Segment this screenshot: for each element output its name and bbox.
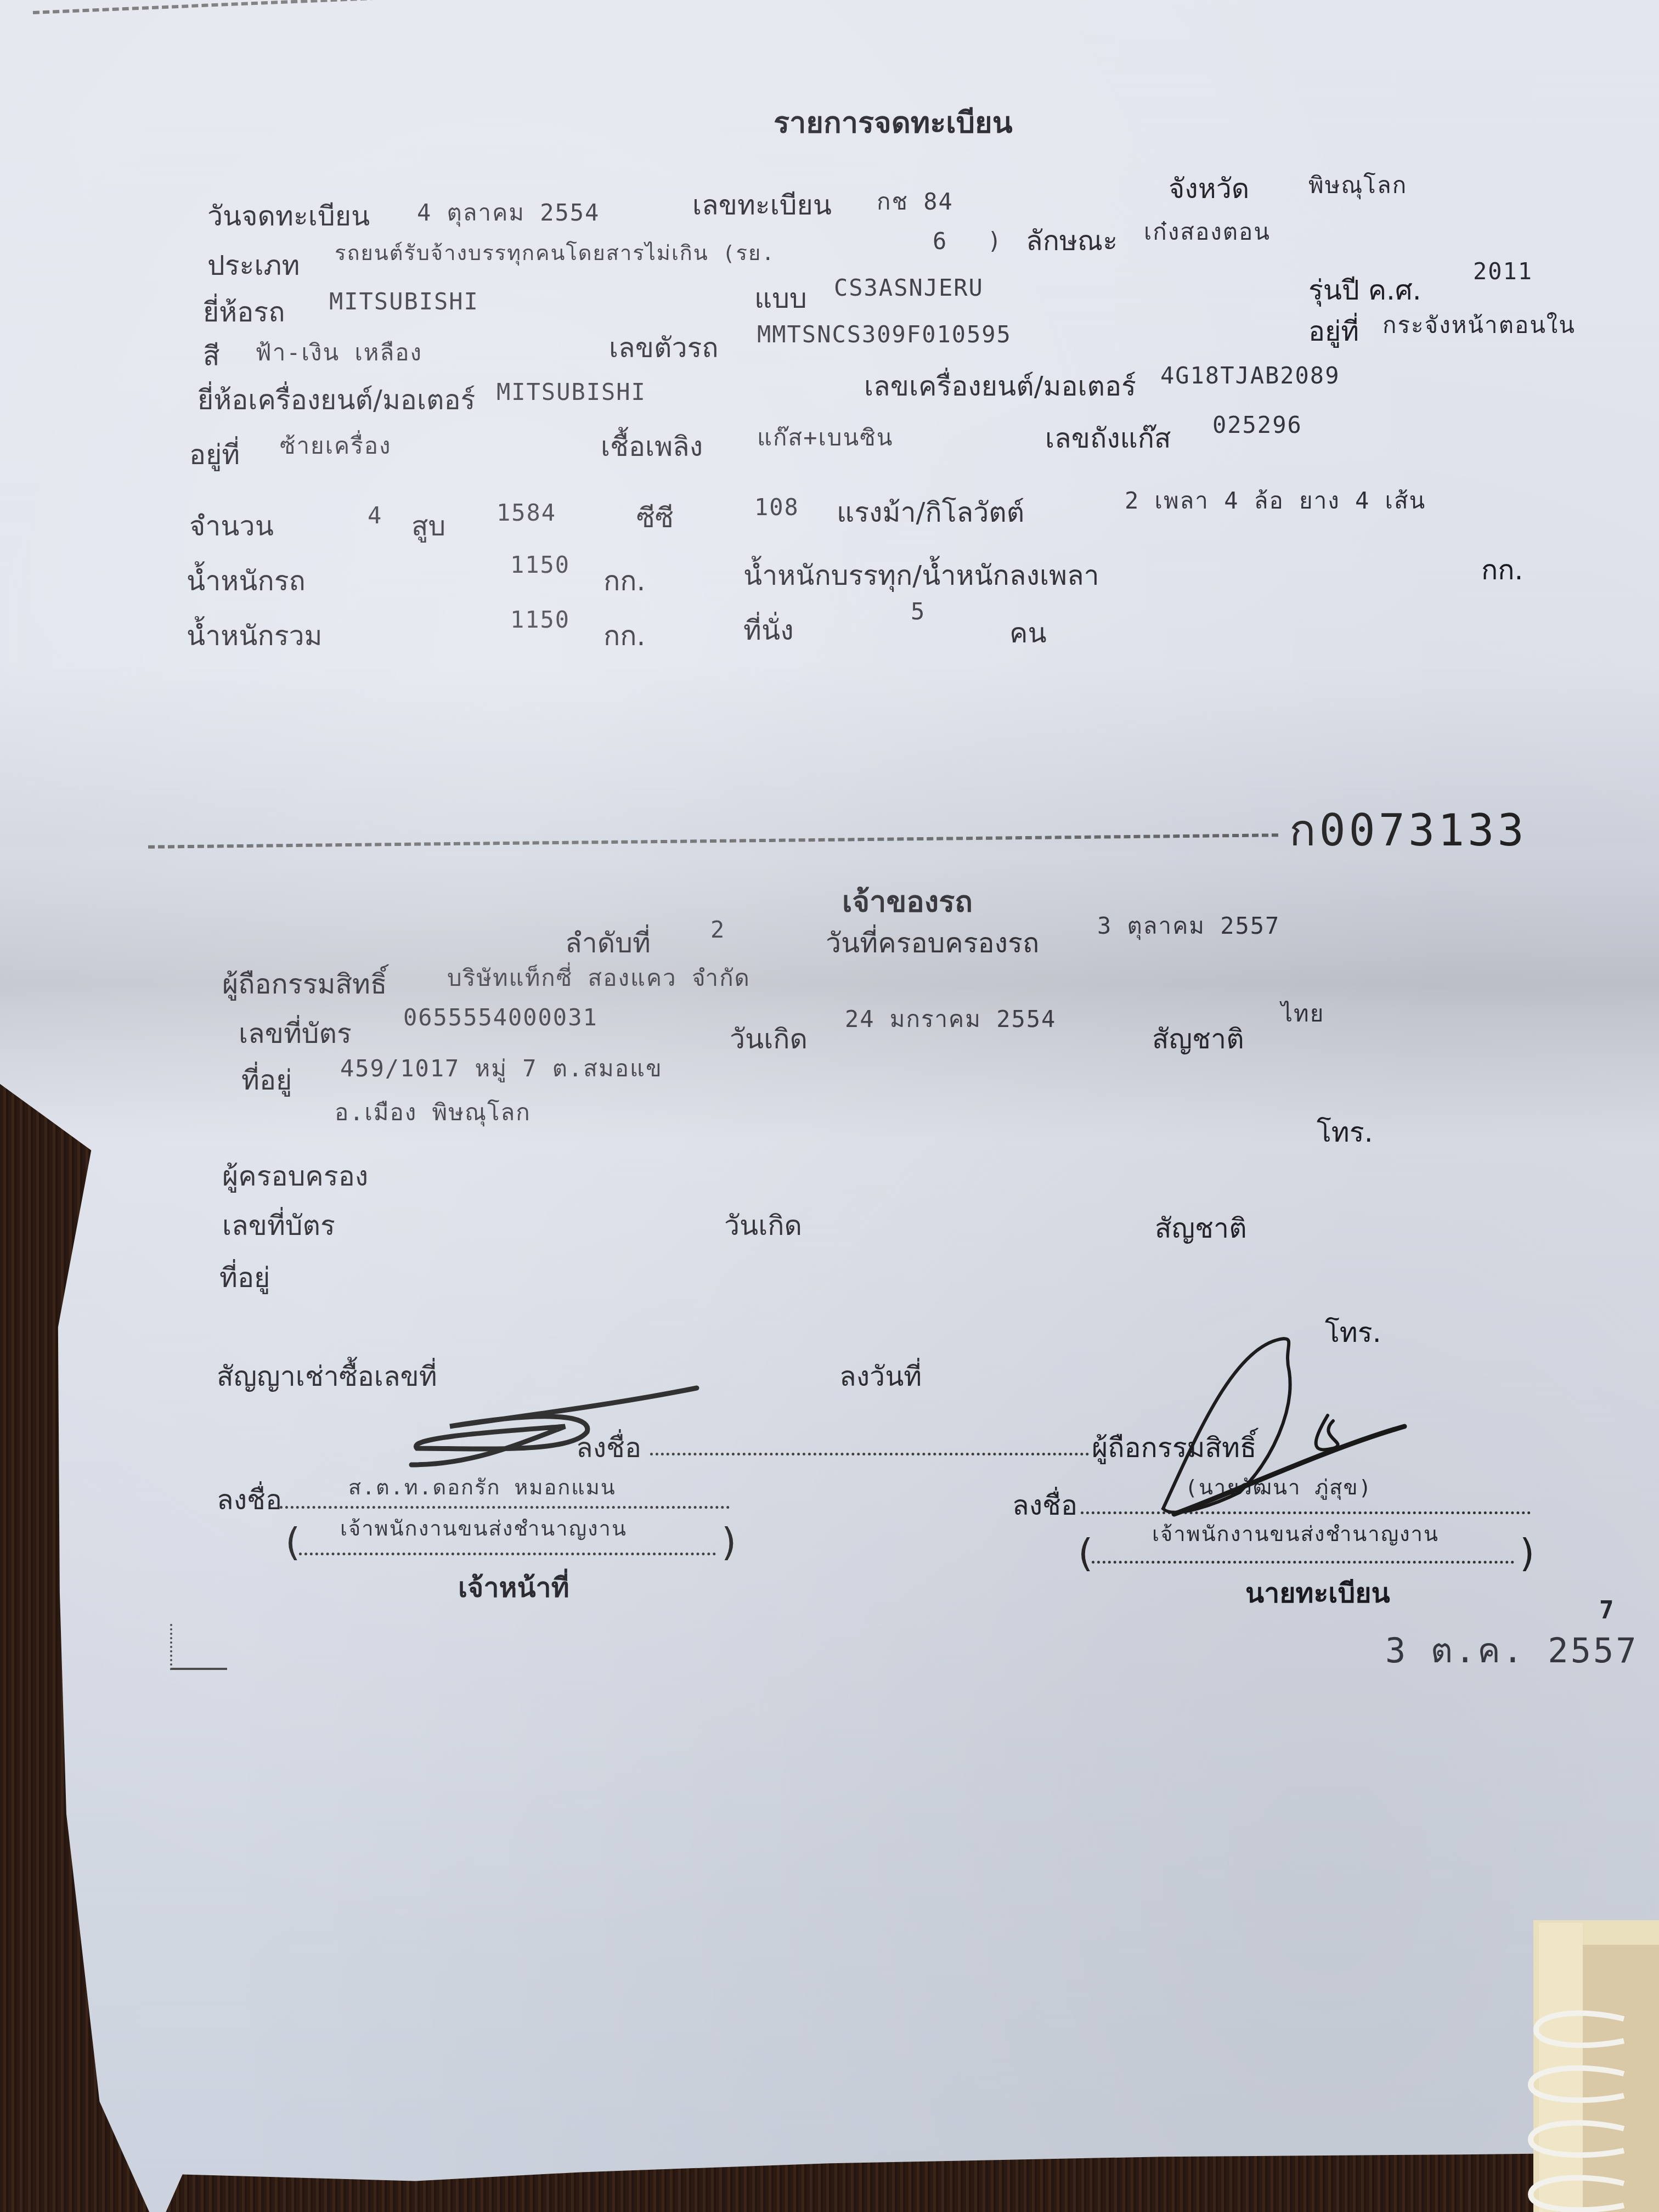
owner-sign-label: ลงชื่อ	[576, 1426, 641, 1470]
spiral-notebook	[1514, 1920, 1659, 2212]
type-seats-value: 6	[933, 228, 947, 255]
cc-unit: ซีซี	[636, 496, 674, 540]
payload-label: น้ำหนักบรรทุก/น้ำหนักลงเพลา	[743, 554, 1099, 597]
possessor-address-label: ที่อยู่	[219, 1256, 270, 1300]
model-value: CS3ASNJERU	[834, 274, 984, 301]
officer-position: เจ้าพนักงานขนส่งชำนาญงาน	[340, 1511, 627, 1545]
owner-nationality-label: สัญชาติ	[1152, 1018, 1244, 1061]
owner-section-heading: เจ้าของรถ	[842, 878, 973, 925]
total-weight-label: น้ำหนักรวม	[187, 614, 323, 658]
seats-unit: คน	[1009, 612, 1047, 655]
axles-wheels-value: 2 เพลา 4 ล้อ ยาง 4 เส้น	[1125, 483, 1426, 519]
owner-birth-label: วันเกิด	[730, 1018, 808, 1061]
officer-sign-label: ลงชื่อ	[217, 1479, 282, 1522]
registrar-paren-close: )	[1520, 1531, 1534, 1576]
possessor-nationality-label: สัญชาติ	[1155, 1207, 1247, 1250]
officer-paren-close: )	[721, 1520, 736, 1565]
province-label: จังหวัด	[1169, 167, 1249, 211]
type-label: ประเภท	[207, 244, 300, 287]
plate-value: กช 84	[877, 184, 953, 220]
officer-role: เจ้าหน้าที่	[458, 1566, 569, 1610]
date-stamp: 3 ต.ค. 2557	[1385, 1624, 1639, 1678]
engine-location-label: อยู่ที่	[189, 433, 240, 477]
officer-name: ส.ต.ท.ดอกรัก หมอกแมน	[348, 1470, 616, 1504]
chassis-value: MMTSNCS309F010595	[757, 321, 1012, 348]
registrar-name-line	[1092, 1561, 1514, 1564]
paper-fold-crease	[0, 856, 1659, 1141]
cylinders-value: 4	[368, 502, 382, 529]
brand-value: MITSUBISHI	[329, 288, 479, 315]
sign-date-label: ลงวันที่	[839, 1355, 922, 1398]
owner-address-label: ที่อยู่	[241, 1059, 292, 1102]
color-label: สี	[203, 335, 220, 378]
fuel-value: แก๊ส+เบนซิน	[757, 420, 893, 456]
type-close: )	[988, 228, 1002, 255]
payload-unit: กก.	[1481, 549, 1523, 592]
chassis-label: เลขตัวรถ	[609, 326, 719, 370]
registrar-paren-open: (	[1078, 1531, 1093, 1576]
possession-date-label: วันที่ครอบครองรถ	[826, 922, 1039, 965]
owner-label: ผู้ถือกรรมสิทธิ์	[222, 963, 387, 1006]
corner-bracket-mark	[170, 1624, 227, 1670]
type-value: รถยนต์รับจ้างบรรทุกคนโดยสารไม่เกิน (รย.	[335, 236, 775, 269]
engine-location-value: ซ้ายเครื่อง	[280, 428, 391, 464]
engine-brand-value: MITSUBISHI	[496, 379, 646, 405]
plate-label: เลขทะเบียน	[692, 184, 832, 227]
officer-signature	[384, 1372, 713, 1470]
page-number: 7	[1599, 1596, 1615, 1624]
owner-id-label: เลขที่บัตร	[239, 1012, 352, 1056]
cylinders-unit: สูบ	[411, 505, 445, 548]
possessor-birth-label: วันเกิด	[724, 1204, 802, 1248]
possessor-phone-label: โทร.	[1325, 1311, 1381, 1355]
owner-nationality-value: ไทย	[1281, 996, 1324, 1032]
cylinders-label: จำนวน	[189, 505, 274, 548]
total-weight-value: 1150	[510, 606, 570, 633]
registrar-name: (นายวัฒนา ภู่สุข)	[1185, 1470, 1372, 1504]
registrar-sign-label: ลงชื่อ	[1012, 1484, 1077, 1527]
gas-tank-label: เลขถังแก๊ส	[1045, 417, 1171, 460]
weight-value: 1150	[510, 551, 570, 578]
registrar-signature	[1152, 1328, 1437, 1525]
owner-value: บริษัทแท็กซี่ สองแคว จำกัด	[447, 960, 751, 996]
model-year-value: 2011	[1473, 258, 1533, 285]
officer-name-line	[299, 1553, 716, 1555]
brand-label: ยี่ห้อรถ	[203, 291, 285, 334]
registrar-sign-line	[1081, 1511, 1531, 1514]
province-value: พิษณุโลก	[1308, 167, 1407, 204]
weight-label: น้ำหนักรถ	[187, 560, 306, 603]
owner-sign-line	[650, 1453, 1089, 1455]
possessor-id-label: เลขที่บัตร	[222, 1204, 335, 1248]
model-label: แบบ	[754, 277, 807, 320]
owner-address-line2: อ.เมือง พิษณุโลก	[335, 1094, 531, 1131]
registration-date-value: 4 ตุลาคม 2554	[417, 195, 600, 231]
owner-birth-value: 24 มกราคม 2554	[845, 1001, 1056, 1037]
perforation-line	[148, 833, 1278, 849]
seats-value: 5	[911, 598, 926, 625]
registration-document-page: รายการจดทะเบียน วันจดทะเบียน 4 ตุลาคม 25…	[0, 0, 1659, 2212]
officer-paren-open: (	[285, 1520, 300, 1565]
fuel-label: เชื้อเพลิง	[601, 425, 703, 469]
weight-unit: กก.	[603, 560, 645, 603]
chassis-location-label: อยู่ที่	[1308, 310, 1359, 353]
perforation-line-top	[33, 0, 833, 14]
total-weight-unit: กก.	[603, 614, 645, 658]
power-value: 108	[754, 494, 799, 521]
possessor-heading: ผู้ครอบครอง	[222, 1155, 368, 1198]
engine-no-value: 4G18TJAB2089	[1160, 362, 1340, 389]
possession-date-value: 3 ตุลาคม 2557	[1097, 908, 1280, 944]
registrar-position: เจ้าพนักงานขนส่งชำนาญงาน	[1152, 1517, 1439, 1550]
owner-id-value: 0655554000031	[403, 1004, 598, 1031]
cc-value: 1584	[496, 499, 556, 526]
model-year-label: รุ่นปี ค.ศ.	[1308, 269, 1421, 312]
chassis-location-value: กระจังหน้าตอนใน	[1383, 307, 1576, 343]
power-unit: แรงม้า/กิโลวัตต์	[837, 491, 1024, 534]
color-value: ฟ้า-เงิน เหลือง	[255, 335, 422, 371]
engine-no-label: เลขเครื่องยนต์/มอเตอร์	[864, 365, 1136, 408]
officer-sign-line	[280, 1506, 730, 1509]
order-value: 2	[710, 916, 725, 943]
style-label: ลักษณะ	[1026, 219, 1118, 263]
serial-number: ก0073133	[1289, 795, 1527, 865]
engine-brand-label: ยี่ห้อเครื่องยนต์/มอเตอร์	[198, 379, 475, 422]
registration-date-label: วันจดทะเบียน	[207, 195, 370, 238]
document-title: รายการจดทะเบียน	[774, 99, 1013, 146]
hire-purchase-label: สัญญาเช่าซื้อเลขที่	[217, 1355, 437, 1398]
owner-sign-suffix: ผู้ถือกรรมสิทธิ์	[1092, 1426, 1257, 1470]
owner-address-line1: 459/1017 หมู่ 7 ต.สมอแข	[340, 1051, 663, 1087]
owner-phone-label: โทร.	[1317, 1111, 1373, 1154]
order-label: ลำดับที่	[565, 922, 651, 965]
style-value: เก๋งสองตอน	[1144, 214, 1271, 250]
seats-label: ที่นั่ง	[743, 609, 794, 652]
gas-tank-value: 025296	[1212, 411, 1302, 438]
registrar-role: นายทะเบียน	[1245, 1572, 1390, 1615]
